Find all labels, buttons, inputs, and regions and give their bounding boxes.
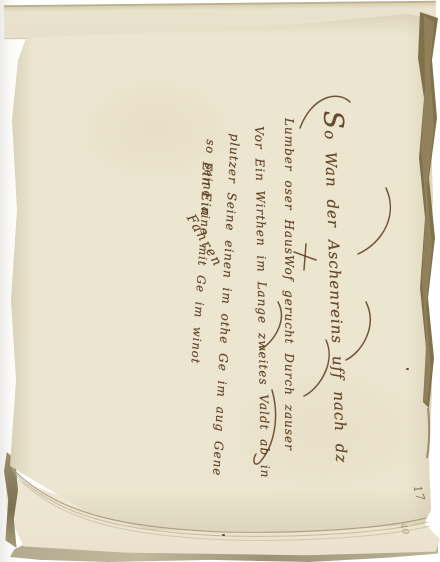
flourish-stroke [302, 338, 332, 400]
flourish-stroke [292, 242, 318, 272]
manuscript-photo: 40 So Wan der Aschenreins uff nach dz Lu… [0, 0, 440, 562]
ink-speck [222, 534, 225, 536]
ink-speck [406, 368, 409, 370]
flourish-stroke [356, 186, 392, 258]
handwritten-line: Ein Ein [197, 161, 214, 217]
flourish-stroke [258, 300, 284, 354]
flourish-stroke [344, 300, 372, 364]
handwritten-line: Lumber oser HausWof gerucht Durch zauser [282, 118, 296, 451]
flourish-stroke [298, 88, 354, 132]
fore-edge-rough [410, 8, 440, 460]
flourish-stroke [250, 388, 278, 472]
